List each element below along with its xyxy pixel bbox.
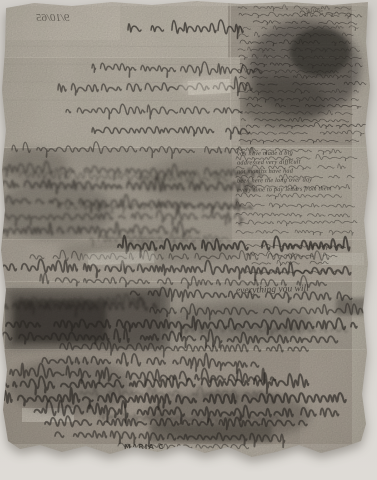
artwork-photograph: 9/10/65 9/10/65 you have made a big addr… bbox=[0, 0, 377, 480]
paper-grain-texture bbox=[0, 0, 377, 480]
letter-line-fragment: addressed very difficult bbox=[237, 158, 301, 166]
date-fragment-small: 9/10/65 bbox=[306, 8, 323, 14]
letter-line-fragment: you have made a big bbox=[237, 150, 293, 158]
letter-artwork-paper: 9/10/65 9/10/65 you have made a big addr… bbox=[0, 0, 377, 480]
paper-shadow-wrap: 9/10/65 9/10/65 you have made a big addr… bbox=[0, 0, 377, 480]
bottom-mark-fragment: MARIA C bbox=[124, 443, 164, 451]
letter-line-fragment: not months have had bbox=[237, 168, 293, 176]
letter-line-fragment: been here the long over day bbox=[237, 176, 312, 184]
date-fragment-mirrored: 9/10/65 bbox=[36, 12, 70, 24]
handwriting-layer bbox=[0, 0, 377, 480]
